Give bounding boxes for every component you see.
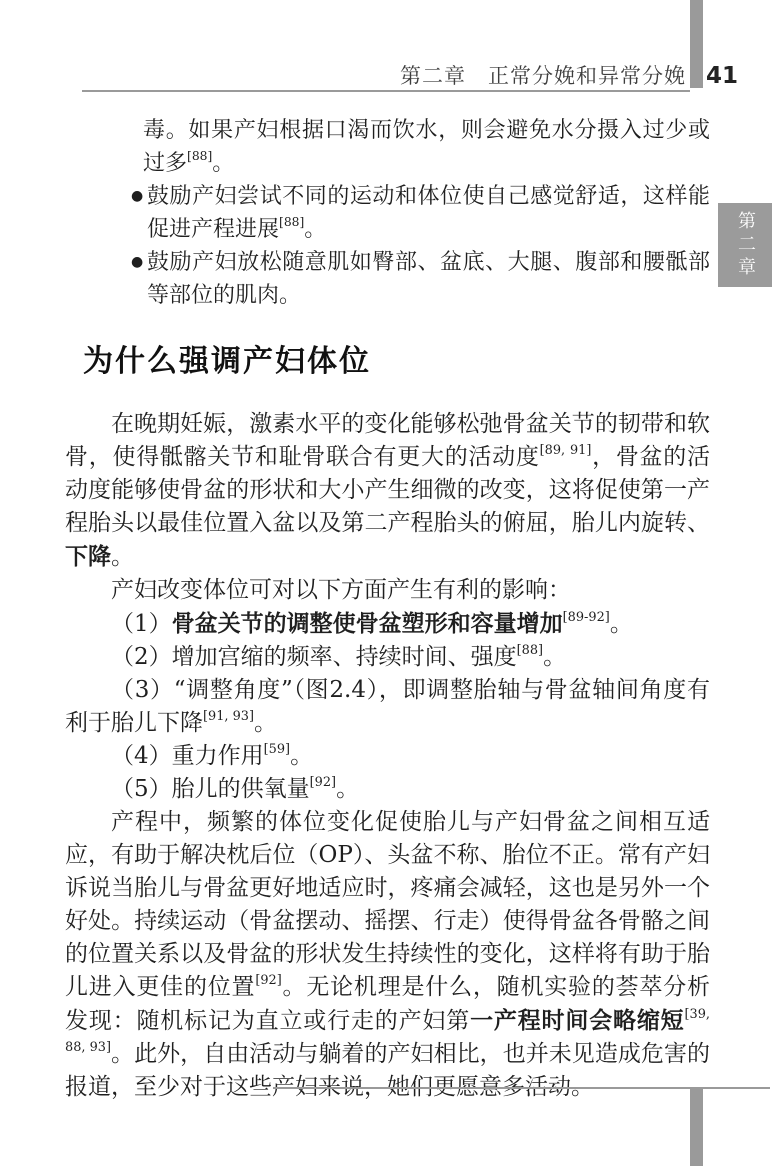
section-heading: 为什么强调产妇体位 xyxy=(83,342,710,382)
bullet-item: ● 鼓励产妇尝试不同的运动和体位使自己感觉舒适，这样能促进产程进展[88]。 xyxy=(65,180,710,246)
numbered-item-1: （1）骨盆关节的调整使骨盆塑形和容量增加[89-92]。 xyxy=(65,607,710,641)
book-page: 41 第二章 正常分娩和异常分娩 第二章 毒。如果产妇根据口渴而饮水，则会避免水… xyxy=(0,0,773,1166)
bottom-corner-bar xyxy=(690,1089,703,1166)
numbered-item-5: （5）胎儿的供氧量[92]。 xyxy=(65,773,710,806)
numbered-item-3: （3）“调整角度”（图2.4），即调整胎轴与骨盆轴间角度有利于胎儿下降[91, … xyxy=(65,674,710,740)
paragraph-list-intro: 产妇改变体位可对以下方面产生有利的影响： xyxy=(65,574,710,607)
header-rule xyxy=(82,90,690,92)
paragraph-continuation: 毒。如果产妇根据口渴而饮水，则会避免水分摄入过少或过多[88]。 xyxy=(65,114,710,180)
bullet-item-text: 鼓励产妇放松随意肌如臀部、盆底、大腿、腹部和腰骶部等部位的肌肉。 xyxy=(147,246,710,312)
paragraph-hormones: 在晚期妊娠，激素水平的变化能够松弛骨盆关节的韧带和软骨，使得骶髂关节和耻骨联合有… xyxy=(65,408,710,574)
chapter-side-tab: 第二章 xyxy=(718,203,772,287)
bullet-marker-icon: ● xyxy=(131,180,143,213)
bullet-item: ● 鼓励产妇放松随意肌如臀部、盆底、大腿、腹部和腰骶部等部位的肌肉。 xyxy=(65,246,710,312)
page-number: 41 xyxy=(706,63,738,89)
bullet-item-text: 鼓励产妇尝试不同的运动和体位使自己感觉舒适，这样能促进产程进展[88]。 xyxy=(147,180,710,246)
running-head-chapter-title: 第二章 正常分娩和异常分娩 xyxy=(400,60,686,90)
chapter-side-tab-label: 第二章 xyxy=(736,211,754,280)
numbered-item-2: （2）增加宫缩的频率、持续时间、强度[88]。 xyxy=(65,641,710,674)
page-body: 毒。如果产妇根据口渴而饮水，则会避免水分摄入过少或过多[88]。 ● 鼓励产妇尝… xyxy=(65,114,710,1104)
top-corner-bar xyxy=(690,0,703,88)
bullet-marker-icon: ● xyxy=(131,246,143,279)
paragraph-movement: 产程中，频繁的体位变化促使胎儿与产妇骨盆之间相互适应，有助于解决枕后位（OP）、… xyxy=(65,806,710,1104)
numbered-item-4: （4）重力作用[59]。 xyxy=(65,740,710,773)
